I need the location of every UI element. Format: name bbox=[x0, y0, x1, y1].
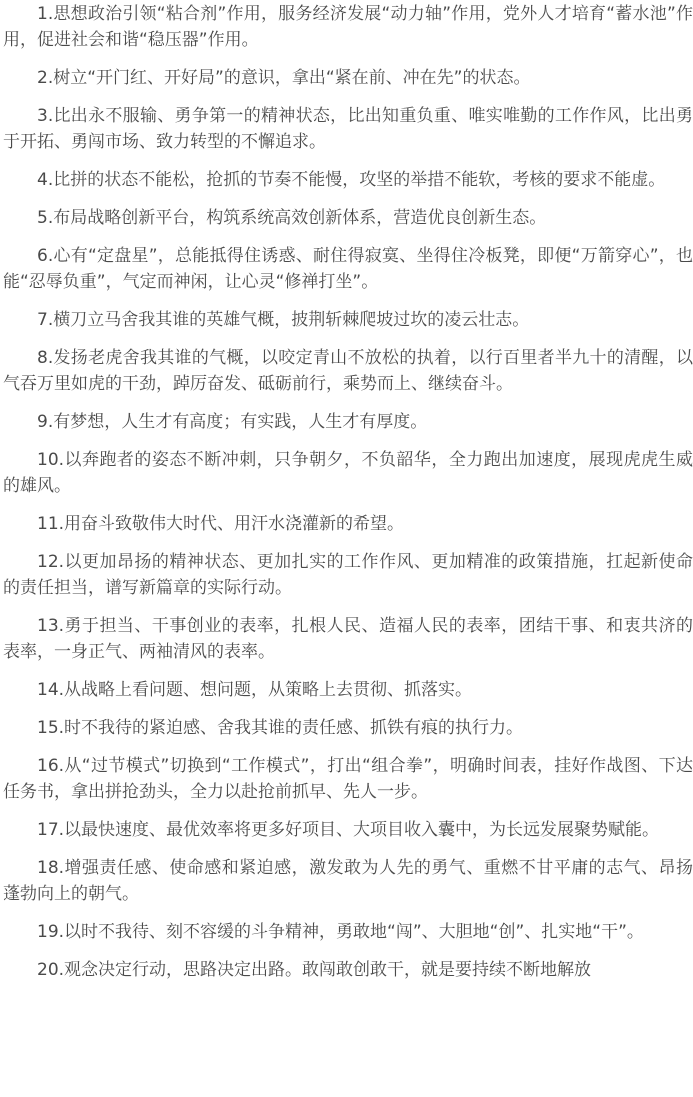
paragraph-20: 20.观念决定行动，思路决定出路。敢闯敢创敢干，就是要持续不断地解放 bbox=[3, 957, 693, 983]
article-body: 1.思想政治引领“粘合剂”作用，服务经济发展“动力轴”作用，党外人才培育“蓄水池… bbox=[0, 1, 693, 983]
paragraph-3: 3.比出永不服输、勇争第一的精神状态，比出知重负重、唯实唯勤的工作作风，比出勇于… bbox=[3, 103, 693, 155]
paragraph-10: 10.以奔跑者的姿态不断冲刺，只争朝夕，不负韶华，全力跑出加速度，展现虎虎生威的… bbox=[3, 447, 693, 499]
paragraph-14: 14.从战略上看问题、想问题，从策略上去贯彻、抓落实。 bbox=[3, 677, 693, 703]
paragraph-2: 2.树立“开门红、开好局”的意识，拿出“紧在前、冲在先”的状态。 bbox=[3, 65, 693, 91]
paragraph-18: 18.增强责任感、使命感和紧迫感，激发敢为人先的勇气、重燃不甘平庸的志气、昂扬蓬… bbox=[3, 855, 693, 907]
paragraph-15: 15.时不我待的紧迫感、舍我其谁的责任感、抓铁有痕的执行力。 bbox=[3, 715, 693, 741]
paragraph-7: 7.横刀立马舍我其谁的英雄气概，披荆斩棘爬坡过坎的凌云壮志。 bbox=[3, 307, 693, 333]
paragraph-1: 1.思想政治引领“粘合剂”作用，服务经济发展“动力轴”作用，党外人才培育“蓄水池… bbox=[3, 1, 693, 53]
paragraph-6: 6.心有“定盘星”，总能抵得住诱惑、耐住得寂寞、坐得住冷板凳，即便“万箭穿心”，… bbox=[3, 243, 693, 295]
paragraph-5: 5.布局战略创新平台，构筑系统高效创新体系，营造优良创新生态。 bbox=[3, 205, 693, 231]
paragraph-16: 16.从“过节模式”切换到“工作模式”，打出“组合拳”，明确时间表，挂好作战图、… bbox=[3, 753, 693, 805]
paragraph-19: 19.以时不我待、刻不容缓的斗争精神，勇敢地“闯”、大胆地“创”、扎实地“干”。 bbox=[3, 919, 693, 945]
paragraph-8: 8.发扬老虎舍我其谁的气概，以咬定青山不放松的执着，以行百里者半九十的清醒，以气… bbox=[3, 345, 693, 397]
paragraph-9: 9.有梦想，人生才有高度；有实践，人生才有厚度。 bbox=[3, 409, 693, 435]
paragraph-12: 12.以更加昂扬的精神状态、更加扎实的工作作风、更加精准的政策措施，扛起新使命的… bbox=[3, 549, 693, 601]
paragraph-17: 17.以最快速度、最优效率将更多好项目、大项目收入囊中，为长远发展聚势赋能。 bbox=[3, 817, 693, 843]
paragraph-13: 13.勇于担当、干事创业的表率，扎根人民、造福人民的表率，团结干事、和衷共济的表… bbox=[3, 613, 693, 665]
paragraph-11: 11.用奋斗致敬伟大时代、用汗水浇灌新的希望。 bbox=[3, 511, 693, 537]
paragraph-4: 4.比拼的状态不能松，抢抓的节奏不能慢，攻坚的举措不能软，考核的要求不能虚。 bbox=[3, 167, 693, 193]
